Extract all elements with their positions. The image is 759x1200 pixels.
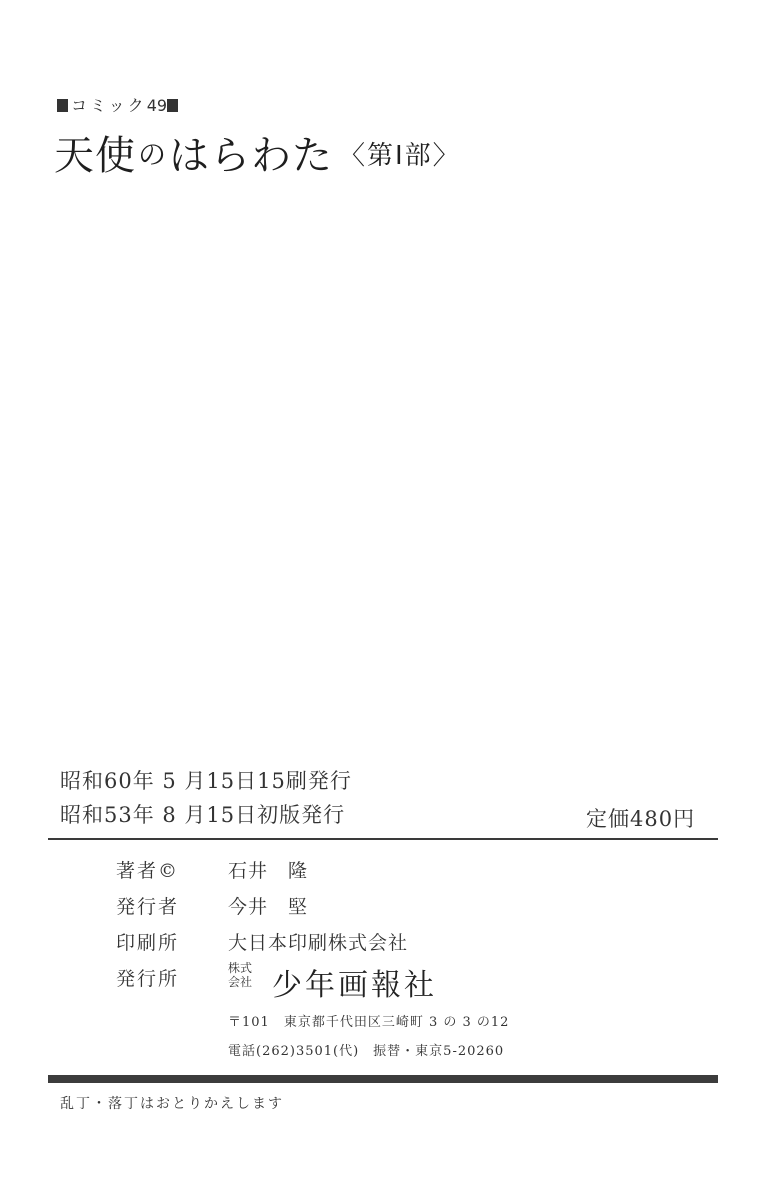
price: 定価480円 bbox=[586, 803, 695, 833]
latest-printing-date: 昭和60年 5 月15日15刷発行 bbox=[60, 765, 352, 795]
series-name: コミック bbox=[71, 96, 147, 115]
volume-part: 〈第Ⅰ部〉 bbox=[339, 141, 461, 171]
printer-label: 印刷所 bbox=[116, 928, 179, 955]
publisher-phone: 電話(262)3501(代) 振替・東京5-20260 bbox=[228, 1040, 504, 1059]
title-part-b: はらわた bbox=[169, 133, 333, 179]
square-bullet-icon bbox=[167, 99, 178, 112]
series-label: コミック49 bbox=[57, 93, 178, 116]
first-edition-date: 昭和53年 8 月15日初版発行 bbox=[60, 799, 345, 829]
author-label: 著者© bbox=[116, 856, 179, 883]
title-connector: の bbox=[138, 138, 167, 171]
divider-thick bbox=[48, 1075, 718, 1083]
author-name: 石井 隆 bbox=[228, 856, 308, 883]
series-number: 49 bbox=[147, 96, 167, 115]
title-part-a: 天使 bbox=[54, 133, 136, 179]
issuer-name: 今井 堅 bbox=[228, 892, 308, 919]
issuer-label: 発行者 bbox=[116, 892, 179, 919]
corporation-mark: 株式 会社 bbox=[228, 961, 252, 989]
square-bullet-icon bbox=[57, 99, 68, 112]
divider-thin bbox=[48, 838, 718, 840]
publisher-name: 少年画報社 bbox=[272, 960, 437, 1004]
corporation-mark-bottom: 会社 bbox=[228, 975, 252, 989]
publisher-address: 〒101 東京都千代田区三崎町 3 の 3 の12 bbox=[228, 1011, 509, 1030]
corporation-mark-top: 株式 bbox=[228, 961, 252, 975]
publisher-label: 発行所 bbox=[116, 964, 179, 991]
printer-name: 大日本印刷株式会社 bbox=[228, 928, 408, 955]
book-title: 天使のはらわた〈第Ⅰ部〉 bbox=[54, 124, 461, 181]
replacement-notice: 乱丁・落丁はおとりかえします bbox=[60, 1093, 284, 1113]
